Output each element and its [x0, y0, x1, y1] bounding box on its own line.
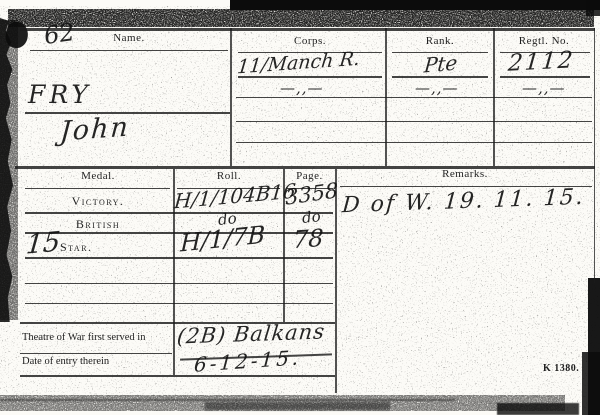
corps-rank-divider [385, 28, 387, 166]
regtl-ditto-mark: —,,— [522, 81, 566, 96]
rank-row1-rule [392, 76, 488, 78]
star-roll-handwritten: H/1/7B [180, 222, 266, 255]
forename-handwritten: John [59, 113, 131, 145]
scan-artifact-top-right-corner [586, 0, 600, 16]
scan-artifact-top-right-bar [230, 0, 600, 10]
card-top-rule [20, 28, 595, 31]
surname-handwritten: FRY [28, 82, 92, 107]
victory-medal-label: Victory. [25, 194, 171, 209]
name-header-underline [30, 50, 228, 51]
theatre-box-mid-rule [20, 353, 172, 354]
service-row3-rule [236, 121, 592, 122]
name-corps-divider [230, 28, 232, 166]
service-row4-rule [236, 142, 592, 143]
regtl-no-value-handwritten: 2112 [507, 49, 575, 76]
theatre-value-handwritten: (2B) Balkans [176, 321, 326, 347]
rank-ditto-mark: —,,— [415, 81, 459, 96]
date-of-entry-label: Date of entry therein [22, 356, 172, 367]
rank-regtl-divider [493, 28, 495, 166]
scan-artifact-right-edge-band-lower [582, 352, 600, 415]
service-row2-rule [236, 97, 592, 98]
scan-artifact-bottom-center-smudge [205, 402, 390, 410]
remarks-column-header: Remarks. [340, 168, 590, 180]
date-value-handwritten: 6-12-15. [193, 347, 302, 375]
empty-row1-rule [25, 283, 333, 284]
rank-value-handwritten: Pte [423, 52, 458, 75]
corps-header-label: Corps. [236, 35, 384, 47]
corps-value-handwritten: 11/Manch R. [236, 50, 361, 78]
victory-page-handwritten: 3358 [285, 180, 339, 209]
reference-number-handwritten: 62 [42, 20, 76, 48]
empty-row2-rule [25, 303, 333, 304]
regtl-no-header-label: Regtl. No. [496, 35, 592, 47]
theatre-of-war-label: Theatre of War first served in [22, 332, 172, 343]
medal-index-card-scan: Name. Corps. Rank. Regtl. No. Medal. Rol… [0, 0, 600, 415]
scan-artifact-bottom-right-blob [497, 403, 579, 415]
star-medal-label: Star. [60, 240, 140, 255]
theatre-box-bottom-rule [20, 375, 335, 377]
corps-ditto-mark: —,,— [280, 81, 324, 96]
star-prefix-handwritten: 15 [25, 228, 62, 258]
remarks-handwritten: D of W. 19. 11. 15. [341, 187, 585, 218]
medal-column-header: Medal. [25, 170, 171, 182]
scan-artifact-left-torn-edge [0, 18, 13, 322]
medal-header-underline [25, 188, 170, 189]
card-right-edge-rule [594, 28, 595, 283]
star-page-handwritten: 78 [293, 226, 324, 252]
scan-artifact-bottom-smudge [0, 399, 455, 401]
rank-header-label: Rank. [390, 35, 490, 47]
british-row-rule [25, 232, 333, 234]
form-number-label: K 1380. [543, 363, 593, 374]
roll-column-header: Roll. [177, 170, 281, 182]
victory-roll-handwritten: H/1/104B16 [173, 181, 296, 212]
